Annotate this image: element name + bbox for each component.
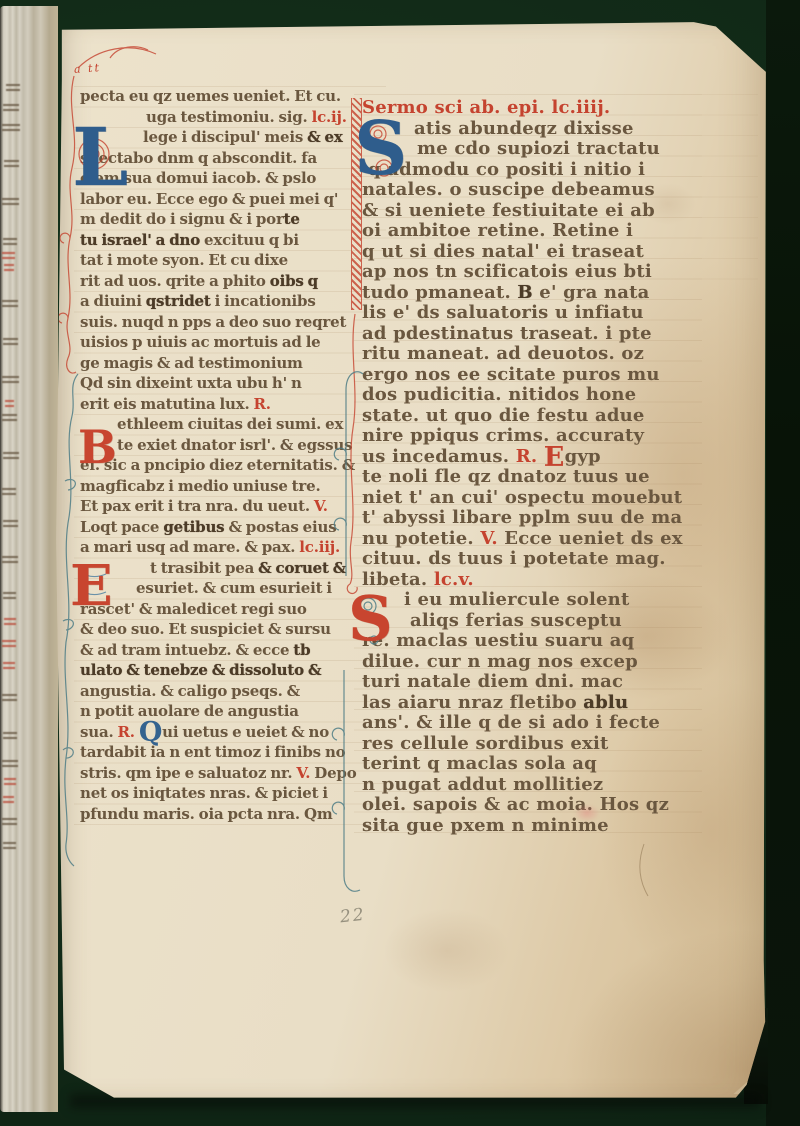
text-run: q admodu co positi i nitio i [368, 159, 645, 180]
text-line: & deo suo. Et suspiciet & sursu [80, 619, 357, 640]
text-run: ge magis & ad testimonium [80, 354, 303, 372]
spine-text-fragment [3, 520, 18, 528]
spine-text-fragment [3, 732, 17, 740]
spine-text-fragment [3, 842, 16, 850]
spine-text-fragment [3, 796, 14, 804]
text-run: tu israel' a dno [80, 231, 200, 249]
text-line: a mari usq ad mare. & pax. lc.iij. [80, 537, 357, 558]
spine-text-fragment [3, 592, 16, 600]
text-line: angustia. & caligo pseqs. & [80, 681, 357, 702]
text-line: ge magis & ad testimonium [80, 353, 357, 374]
text-run: R. [254, 395, 271, 413]
text-run: ablu [583, 692, 628, 713]
text-line: ulato & tenebze & dissoluto & [80, 660, 357, 681]
spine-text-fragment [6, 84, 20, 92]
text-line: cituu. ds tuus i potetate mag. [362, 549, 683, 570]
text-line: tu israel' a dno excituu q bi [80, 230, 357, 251]
text-run: Depo [310, 764, 356, 782]
text-line: uisios p uiuis ac mortuis ad le [80, 332, 357, 353]
text-run: tat i mote syon. Et cu dixe [80, 251, 288, 269]
text-line: & si ueniete festiuitate ei ab [362, 201, 683, 222]
text-line: rascet' & maledicet regi suo [80, 599, 357, 620]
text-line: i eu muliercule solent [404, 590, 683, 611]
text-run: B [517, 282, 532, 303]
text-run: & si ueniete festiuitate ei ab [362, 200, 655, 221]
text-run: tardabit ia n ent timoz i finibs no [80, 743, 345, 761]
text-line: las aiaru nraz fletibo ablu [362, 693, 683, 714]
text-line: n potit auolare de angustia [80, 701, 357, 722]
text-run: ritu maneat. ad deuotos. oz [362, 343, 644, 364]
text-line: esuriet. & cum esurieit i [136, 578, 357, 599]
text-run: terint q maclas sola aq [362, 753, 597, 774]
text-line: me cdo supiozi tractatu [417, 139, 683, 160]
text-run: state. ut quo die festu adue [362, 405, 645, 426]
spine-text-fragment [2, 488, 16, 496]
text-line: net os iniqtates nras. & piciet i [80, 783, 357, 804]
text-line: stris. qm ipe e saluatoz nr. V. Depo [80, 763, 357, 784]
text-run: Qd sin dixeint uxta ubu h' n [80, 374, 302, 392]
spine-text-fragment [3, 238, 17, 246]
text-run: qstridet [146, 292, 211, 310]
text-run: turi natale diem dni. mac [362, 671, 623, 692]
text-line: us incedamus. R. Egyp [362, 447, 683, 468]
text-run: re. maclas uestiu suaru aq [362, 630, 634, 651]
text-run: te noli fle qz dnatoz tuus ue [362, 466, 650, 487]
illuminated-initial-s-blue: S [354, 112, 407, 186]
text-line: niet t' an cui' ospectu mouebut [362, 488, 683, 509]
text-run: i incationibs [211, 292, 316, 310]
text-run: stris. qm ipe e saluatoz nr. [80, 764, 296, 782]
text-run: ans'. & ille q de si ado i fecte [362, 712, 660, 733]
text-run: ei. sic a pncipio diez eternitatis. & [80, 456, 355, 474]
background-right-edge [766, 0, 800, 1126]
text-run: e' gra nata [533, 282, 650, 303]
text-run: esuriet. & cum esurieit i [136, 579, 332, 597]
text-run: a mari usq ad mare. & pax. [80, 538, 299, 556]
text-line: n pugat addut mollitiez [362, 775, 683, 796]
text-run: t trasibit pea [150, 559, 258, 577]
ink-smudge [574, 804, 600, 822]
text-line: sita gue pxem n minime [362, 816, 683, 837]
text-run: lc.ij. [312, 108, 347, 126]
text-run: lc.v. [434, 569, 474, 590]
text-run: niet t' an cui' ospectu mouebut [362, 487, 682, 508]
text-line: q admodu co positi i nitio i [368, 160, 683, 181]
spine-text-fragment [3, 452, 19, 460]
text-run: dos pudicitia. nitidos hone [362, 384, 636, 405]
text-line: ans'. & ille q de si ado i fecte [362, 713, 683, 734]
text-run: ap nos tn scificatois eius bti [362, 261, 652, 282]
text-line: lis e' ds saluatoris u infiatu [362, 303, 683, 324]
text-run: lis e' ds saluatoris u infiatu [362, 302, 644, 323]
manuscript-page: pecta eu qz uemes ueniet. Et cu.uga test… [54, 20, 768, 1102]
illuminated-initial-b: B [78, 424, 117, 470]
text-run: res cellule sordibus exit [362, 733, 609, 754]
text-run: ergo nos ee scitate puros mu [362, 364, 660, 385]
text-line: dos pudicitia. nitidos hone [362, 385, 683, 406]
text-run: R. [118, 723, 135, 741]
text-run: m dedit do i signu & i por [80, 210, 284, 228]
spine-text-fragment [2, 694, 17, 702]
spine-text-fragment [2, 556, 18, 564]
text-run: gyp [565, 446, 601, 467]
text-line: ritu maneat. ad deuotos. oz [362, 344, 683, 365]
spine-text-fragment [4, 160, 19, 168]
text-line: Et pax erit i tra nra. du ueut. V. [80, 496, 357, 517]
illuminated-initial-s-red: S [348, 588, 393, 650]
text-line: lege i discipul' meis & ex [143, 127, 357, 148]
spine-text-fragment [2, 760, 18, 768]
text-run: angustia. & caligo pseqs. & [80, 682, 300, 700]
text-line: ergo nos ee scitate puros mu [362, 365, 683, 386]
text-line: magficabz i medio uniuse tre. [80, 476, 357, 497]
text-run: & postas eius [224, 518, 336, 536]
text-run: us incedamus. [362, 446, 516, 467]
spine-text-fragment [3, 662, 15, 670]
text-run: ulato & tenebze & dissoluto & [80, 661, 321, 679]
illuminated-initial-l: L [72, 117, 128, 197]
text-column-right: Sermo sci ab. epi. lc.iiij.atis abundeqz… [362, 98, 683, 836]
text-line: ad pdestinatus traseat. i pte [362, 324, 683, 345]
text-line: tudo pmaneat. B e' gra nata [362, 283, 683, 304]
spine-text-fragment [3, 104, 19, 112]
text-line: ei. sic a pncipio diez eternitatis. & [80, 455, 357, 476]
text-line: res cellule sordibus exit [362, 734, 683, 755]
folio-number: 22 [339, 905, 367, 928]
illuminated-initial-e: E [70, 558, 113, 614]
text-run: oibs q [270, 272, 318, 290]
text-line: Qd sin dixeint uxta ubu h' n [80, 373, 357, 394]
text-run: magficabz i medio uniuse tre. [80, 477, 320, 495]
text-run: uisios p uiuis ac mortuis ad le [80, 333, 321, 351]
text-run: Loqt pace [80, 518, 163, 536]
text-run: lege i discipul' meis [143, 128, 307, 146]
text-run: nu potetie. [362, 528, 480, 549]
text-run: net os iniqtates nras. & piciet i [80, 784, 328, 802]
text-run: & coruet & [258, 559, 346, 577]
text-line: ethleem ciuitas dei sumi. ex [117, 414, 357, 435]
spine-text-fragment [4, 778, 16, 786]
text-run: i eu muliercule solent [404, 589, 630, 610]
text-run: te exiet dnator isrl'. & egssus [117, 436, 352, 454]
text-run: Ecce ueniet ds ex [498, 528, 683, 549]
text-run: dilue. cur n mag nos excep [362, 651, 638, 672]
book-spine [0, 6, 58, 1112]
text-run: atis abundeqz dixisse [414, 118, 634, 139]
text-run: q ut si dies natal' ei traseat [362, 241, 644, 262]
text-run: V. [480, 528, 498, 549]
text-run: Et pax erit i tra nra. du ueut. [80, 497, 314, 515]
text-run: t' abyssi libare pplm suu de ma [362, 507, 682, 528]
text-run: V. [314, 497, 328, 515]
text-line: state. ut quo die festu adue [362, 406, 683, 427]
text-line: pfundu maris. oia pcta nra. Qm [80, 804, 357, 825]
pen-trial: a tt [74, 61, 102, 76]
spine-text-fragment [2, 252, 15, 260]
text-line: oi ambitoe retine. Retine i [362, 221, 683, 242]
text-line: nu potetie. V. Ecce ueniet ds ex [362, 529, 683, 550]
text-run: olei. sapois & ac moia. Hos qz [362, 794, 669, 815]
text-run: tudo pmaneat. [362, 282, 517, 303]
text-run: ethleem ciuitas dei sumi. ex [117, 415, 343, 433]
text-run: n pugat addut mollitiez [362, 774, 603, 795]
text-run: R. [516, 446, 538, 467]
rubric-heading: Sermo sci ab. epi. lc.iiij. [362, 98, 683, 119]
text-line: t trasibit pea & coruet & [150, 558, 357, 579]
text-line: libeta. lc.v. [362, 570, 683, 591]
ruling-lines-margin [702, 94, 758, 294]
text-run: ad pdestinatus traseat. i pte [362, 323, 652, 344]
text-run: sua. [80, 723, 118, 741]
text-run: getibus [163, 518, 224, 536]
text-run: lc.iij. [299, 538, 340, 556]
text-line: q ut si dies natal' ei traseat [362, 242, 683, 263]
text-line: a diuini qstridet i incationibs [80, 291, 357, 312]
parchment-crease [640, 844, 648, 896]
text-line: t' abyssi libare pplm suu de ma [362, 508, 683, 529]
text-run: suis. nuqd n pps a deo suo reqret [80, 313, 346, 331]
text-run: tb [293, 641, 310, 659]
text-run: & ex [307, 128, 342, 146]
text-run: las aiaru nraz fletibo [362, 692, 583, 713]
text-line: nire ppiqus crims. accuraty [362, 426, 683, 447]
text-line: turi natale diem dni. mac [362, 672, 683, 693]
text-line: atis abundeqz dixisse [414, 119, 683, 140]
spine-text-fragment [2, 300, 18, 308]
text-run: te [284, 210, 300, 228]
text-line: uga testimoniu. sig. lc.ij. [146, 107, 357, 128]
text-run: sita gue pxem n minime [362, 815, 609, 836]
text-line: tardabit ia n ent timoz i finibs no [80, 742, 357, 763]
text-run: aliqs ferias susceptu [410, 610, 622, 631]
text-line: natales. o suscipe debeamus [362, 180, 683, 201]
text-line: terint q maclas sola aq [362, 754, 683, 775]
text-run: ui uetus e ueiet & no [162, 723, 329, 741]
text-line: re. maclas uestiu suaru aq [362, 631, 683, 652]
spine-text-fragment [4, 264, 14, 272]
text-line: & ad tram intuebz. & ecce tb [80, 640, 357, 661]
text-run: me cdo supiozi tractatu [417, 138, 660, 159]
text-run: & ad tram intuebz. & ecce [80, 641, 293, 659]
text-line: m dedit do i signu & i porte [80, 209, 357, 230]
text-line: Loqt pace getibus & postas eius [80, 517, 357, 538]
text-line: suis. nuqd n pps a deo suo reqret [80, 312, 357, 333]
text-line: te noli fle qz dnatoz tuus ue [362, 467, 683, 488]
text-line: aliqs ferias susceptu [410, 611, 683, 632]
text-run: oi ambitoe retine. Retine i [362, 220, 633, 241]
text-run: n potit auolare de angustia [80, 702, 299, 720]
manuscript-photo: pecta eu qz uemes ueniet. Et cu.uga test… [0, 0, 800, 1126]
spine-text-fragment [4, 618, 16, 626]
spine-text-fragment [3, 338, 18, 346]
text-run: nire ppiqus crims. accuraty [362, 425, 644, 446]
text-line: pecta eu qz uemes ueniet. Et cu. [80, 86, 357, 107]
text-line: rit ad uos. qrite a phito oibs q [80, 271, 357, 292]
spine-text-fragment [2, 198, 19, 206]
spine-text-fragment [2, 124, 20, 132]
text-run: a diuini [80, 292, 146, 310]
text-line: ap nos tn scificatois eius bti [362, 262, 683, 283]
text-run: rascet' & maledicet regi suo [80, 600, 307, 618]
text-line: dilue. cur n mag nos excep [362, 652, 683, 673]
text-line: sua. R. Qui uetus e ueiet & no [80, 722, 357, 743]
text-run: uga testimoniu. sig. [146, 108, 312, 126]
text-run: pecta eu qz uemes ueniet. Et cu. [80, 87, 341, 105]
text-run: V. [296, 764, 310, 782]
text-line: olei. sapois & ac moia. Hos qz [362, 795, 683, 816]
text-run: excituu q bi [200, 231, 299, 249]
text-run: cituu. ds tuus i potetate mag. [362, 548, 666, 569]
text-run: rit ad uos. qrite a phito [80, 272, 270, 290]
spine-text-fragment [5, 400, 14, 408]
spine-text-fragment [2, 376, 19, 384]
text-line: te exiet dnator isrl'. & egssus [117, 435, 357, 456]
spine-text-fragment [2, 414, 17, 422]
text-run: pfundu maris. oia pcta nra. Qm [80, 805, 333, 823]
spine-text-fragment [2, 640, 16, 648]
text-line: erit eis matutina lux. R. [80, 394, 357, 415]
text-run: & deo suo. Et suspiciet & sursu [80, 620, 331, 638]
text-line: tat i mote syon. Et cu dixe [80, 250, 357, 271]
text-run: erit eis matutina lux. [80, 395, 254, 413]
spine-text-fragment [2, 818, 17, 826]
